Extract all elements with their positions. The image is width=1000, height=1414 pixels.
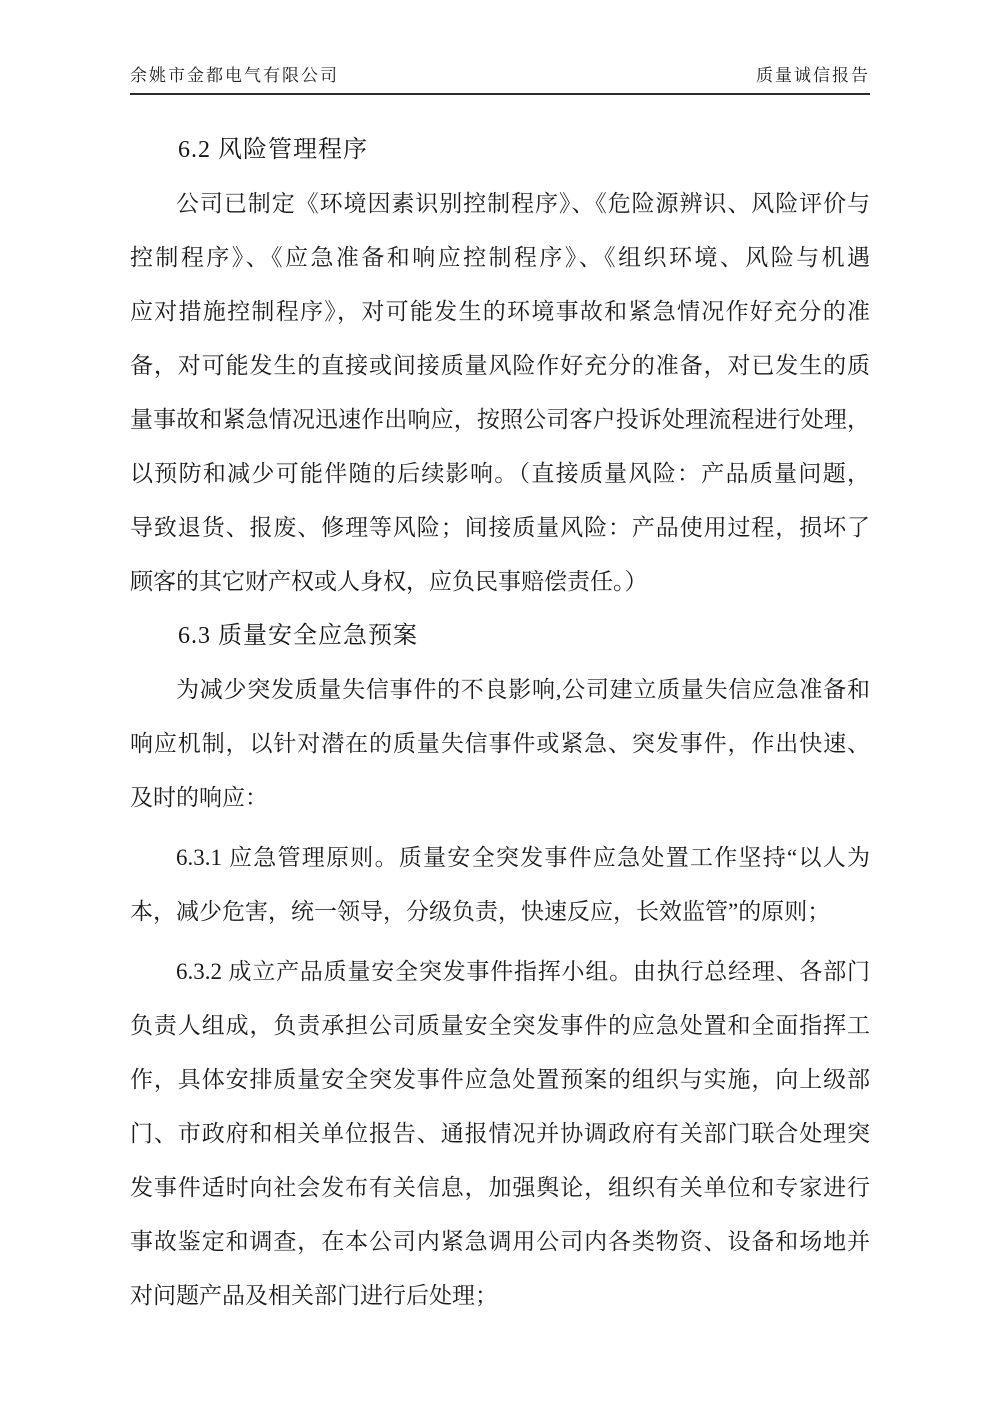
text-line: 备，对可能发生的直接或间接质量风险作好充分的准备，对已发生的质 [130, 339, 870, 393]
paragraph: 为减少突发质量失信事件的不良影响,公司建立质量失信应急准备和响应机制，以针对潜在… [130, 663, 870, 825]
text-line: 以预防和减少可能伴随的后续影响。（直接质量风险：产品质量问题， [130, 447, 870, 501]
text-line: 发事件适时向社会发布有关信息，加强舆论，组织有关单位和专家进行 [130, 1161, 870, 1215]
text-line: 控制程序》、《应急准备和响应控制程序》、《组织环境、风险与机遇 [130, 231, 870, 285]
text-line: 应对措施控制程序》，对可能发生的环境事故和紧急情况作好充分的准 [130, 285, 870, 339]
text-line: 响应机制，以针对潜在的质量失信事件或紧急、突发事件，作出快速、 [130, 717, 870, 771]
section-heading-6.3: 6.3 质量安全应急预案 [130, 609, 870, 663]
section-heading-6.2: 6.2 风险管理程序 [130, 123, 870, 177]
text-line: 顾客的其它财产权或人身权，应负民事赔偿责任。） [130, 555, 870, 609]
header-company-name: 余姚市金都电气有限公司 [130, 64, 339, 88]
text-line: 作，具体安排质量安全突发事件应急处置预案的组织与实施，向上级部 [130, 1053, 870, 1107]
paragraph: 6.3.1 应急管理原则。质量安全突发事件应急处置工作坚持“以人为本，减少危害，… [130, 831, 870, 939]
text-line: 本，减少危害，统一领导，分级负责，快速反应，长效监管”的原则； [130, 885, 870, 939]
page-header: 余姚市金都电气有限公司 质量诚信报告 [130, 0, 870, 95]
paragraph: 公司已制定《环境因素识别控制程序》、《危险源辨识、风险评价与控制程序》、《应急准… [130, 177, 870, 609]
text-line: 6.3.1 应急管理原则。质量安全突发事件应急处置工作坚持“以人为 [130, 831, 870, 885]
text-line: 事故鉴定和调查，在本公司内紧急调用公司内各类物资、设备和场地并 [130, 1215, 870, 1269]
text-line: 公司已制定《环境因素识别控制程序》、《危险源辨识、风险评价与 [130, 177, 870, 231]
text-line: 6.3.2 成立产品质量安全突发事件指挥小组。由执行总经理、各部门 [130, 945, 870, 999]
text-line: 对问题产品及相关部门进行后处理； [130, 1269, 870, 1323]
header-report-title: 质量诚信报告 [756, 64, 870, 88]
document-body: 6.2 风险管理程序公司已制定《环境因素识别控制程序》、《危险源辨识、风险评价与… [130, 123, 870, 1323]
text-line: 量事故和紧急情况迅速作出响应，按照公司客户投诉处理流程进行处理， [130, 393, 870, 447]
text-line: 为减少突发质量失信事件的不良影响,公司建立质量失信应急准备和 [130, 663, 870, 717]
text-line: 导致退货、报废、修理等风险；间接质量风险：产品使用过程，损坏了 [130, 501, 870, 555]
paragraph: 6.3.2 成立产品质量安全突发事件指挥小组。由执行总经理、各部门负责人组成，负… [130, 945, 870, 1323]
document-page: 余姚市金都电气有限公司 质量诚信报告 6.2 风险管理程序公司已制定《环境因素识… [0, 0, 1000, 1414]
text-line: 及时的响应： [130, 771, 870, 825]
content-column: 余姚市金都电气有限公司 质量诚信报告 6.2 风险管理程序公司已制定《环境因素识… [130, 0, 870, 1323]
text-line: 门、市政府和相关单位报告、通报情况并协调政府有关部门联合处理突 [130, 1107, 870, 1161]
text-line: 负责人组成，负责承担公司质量安全突发事件的应急处置和全面指挥工 [130, 999, 870, 1053]
